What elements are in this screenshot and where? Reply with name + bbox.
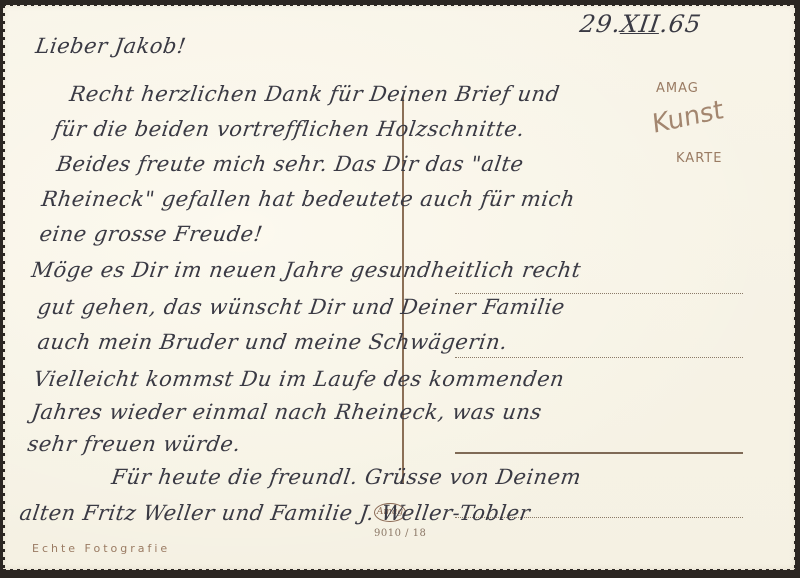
footer-echte-fotografie: Echte Fotografie [32, 542, 170, 555]
letter-line: auch mein Bruder und meine Schwägerin. [36, 330, 509, 354]
letter-line: Vielleicht kommst Du im Laufe des kommen… [32, 367, 566, 391]
handwritten-date: 29.XII.65 [578, 10, 703, 38]
deckle-edge-left [2, 5, 5, 570]
letter-salutation: Lieber Jakob! [34, 34, 188, 58]
publisher-karte: KARTE [676, 151, 722, 166]
letter-line: eine grosse Freude! [38, 222, 264, 246]
address-line-1 [455, 293, 743, 294]
deckle-edge-right [794, 5, 797, 570]
letter-line: für die beiden vortrefflichen Holzschnit… [52, 117, 526, 141]
letter-line: Jahres wieder einmal nach Rheineck, was … [30, 400, 544, 424]
letter-line: Rheineck" gefallen hat bedeutete auch fü… [40, 187, 577, 211]
deckle-edge-bottom [3, 569, 795, 572]
address-line-2 [455, 357, 743, 358]
date-day: 29. [578, 10, 623, 38]
letter-closing: Für heute die freundl. Grüsse von Deinem [110, 465, 583, 489]
letter-line: Möge es Dir im neuen Jahre gesundheitlic… [30, 258, 583, 282]
letter-signature: alten Fritz Weller und Familie J. Weller… [18, 501, 532, 525]
publisher-amag: AMAG [656, 81, 699, 96]
date-month: XII [619, 10, 662, 38]
letter-line: sehr freuen würde. [26, 432, 242, 456]
letter-line: Recht herzlichen Dank für Deinen Brief u… [68, 82, 561, 106]
letter-line: gut gehen, das wünscht Dir und Deiner Fa… [36, 295, 567, 319]
date-year: .65 [658, 10, 703, 38]
letter-line: Beides freute mich sehr. Das Dir das "al… [55, 152, 525, 176]
address-line-3 [455, 452, 743, 454]
catalog-number: 9010 / 18 [374, 528, 426, 539]
deckle-edge-top [3, 3, 795, 6]
